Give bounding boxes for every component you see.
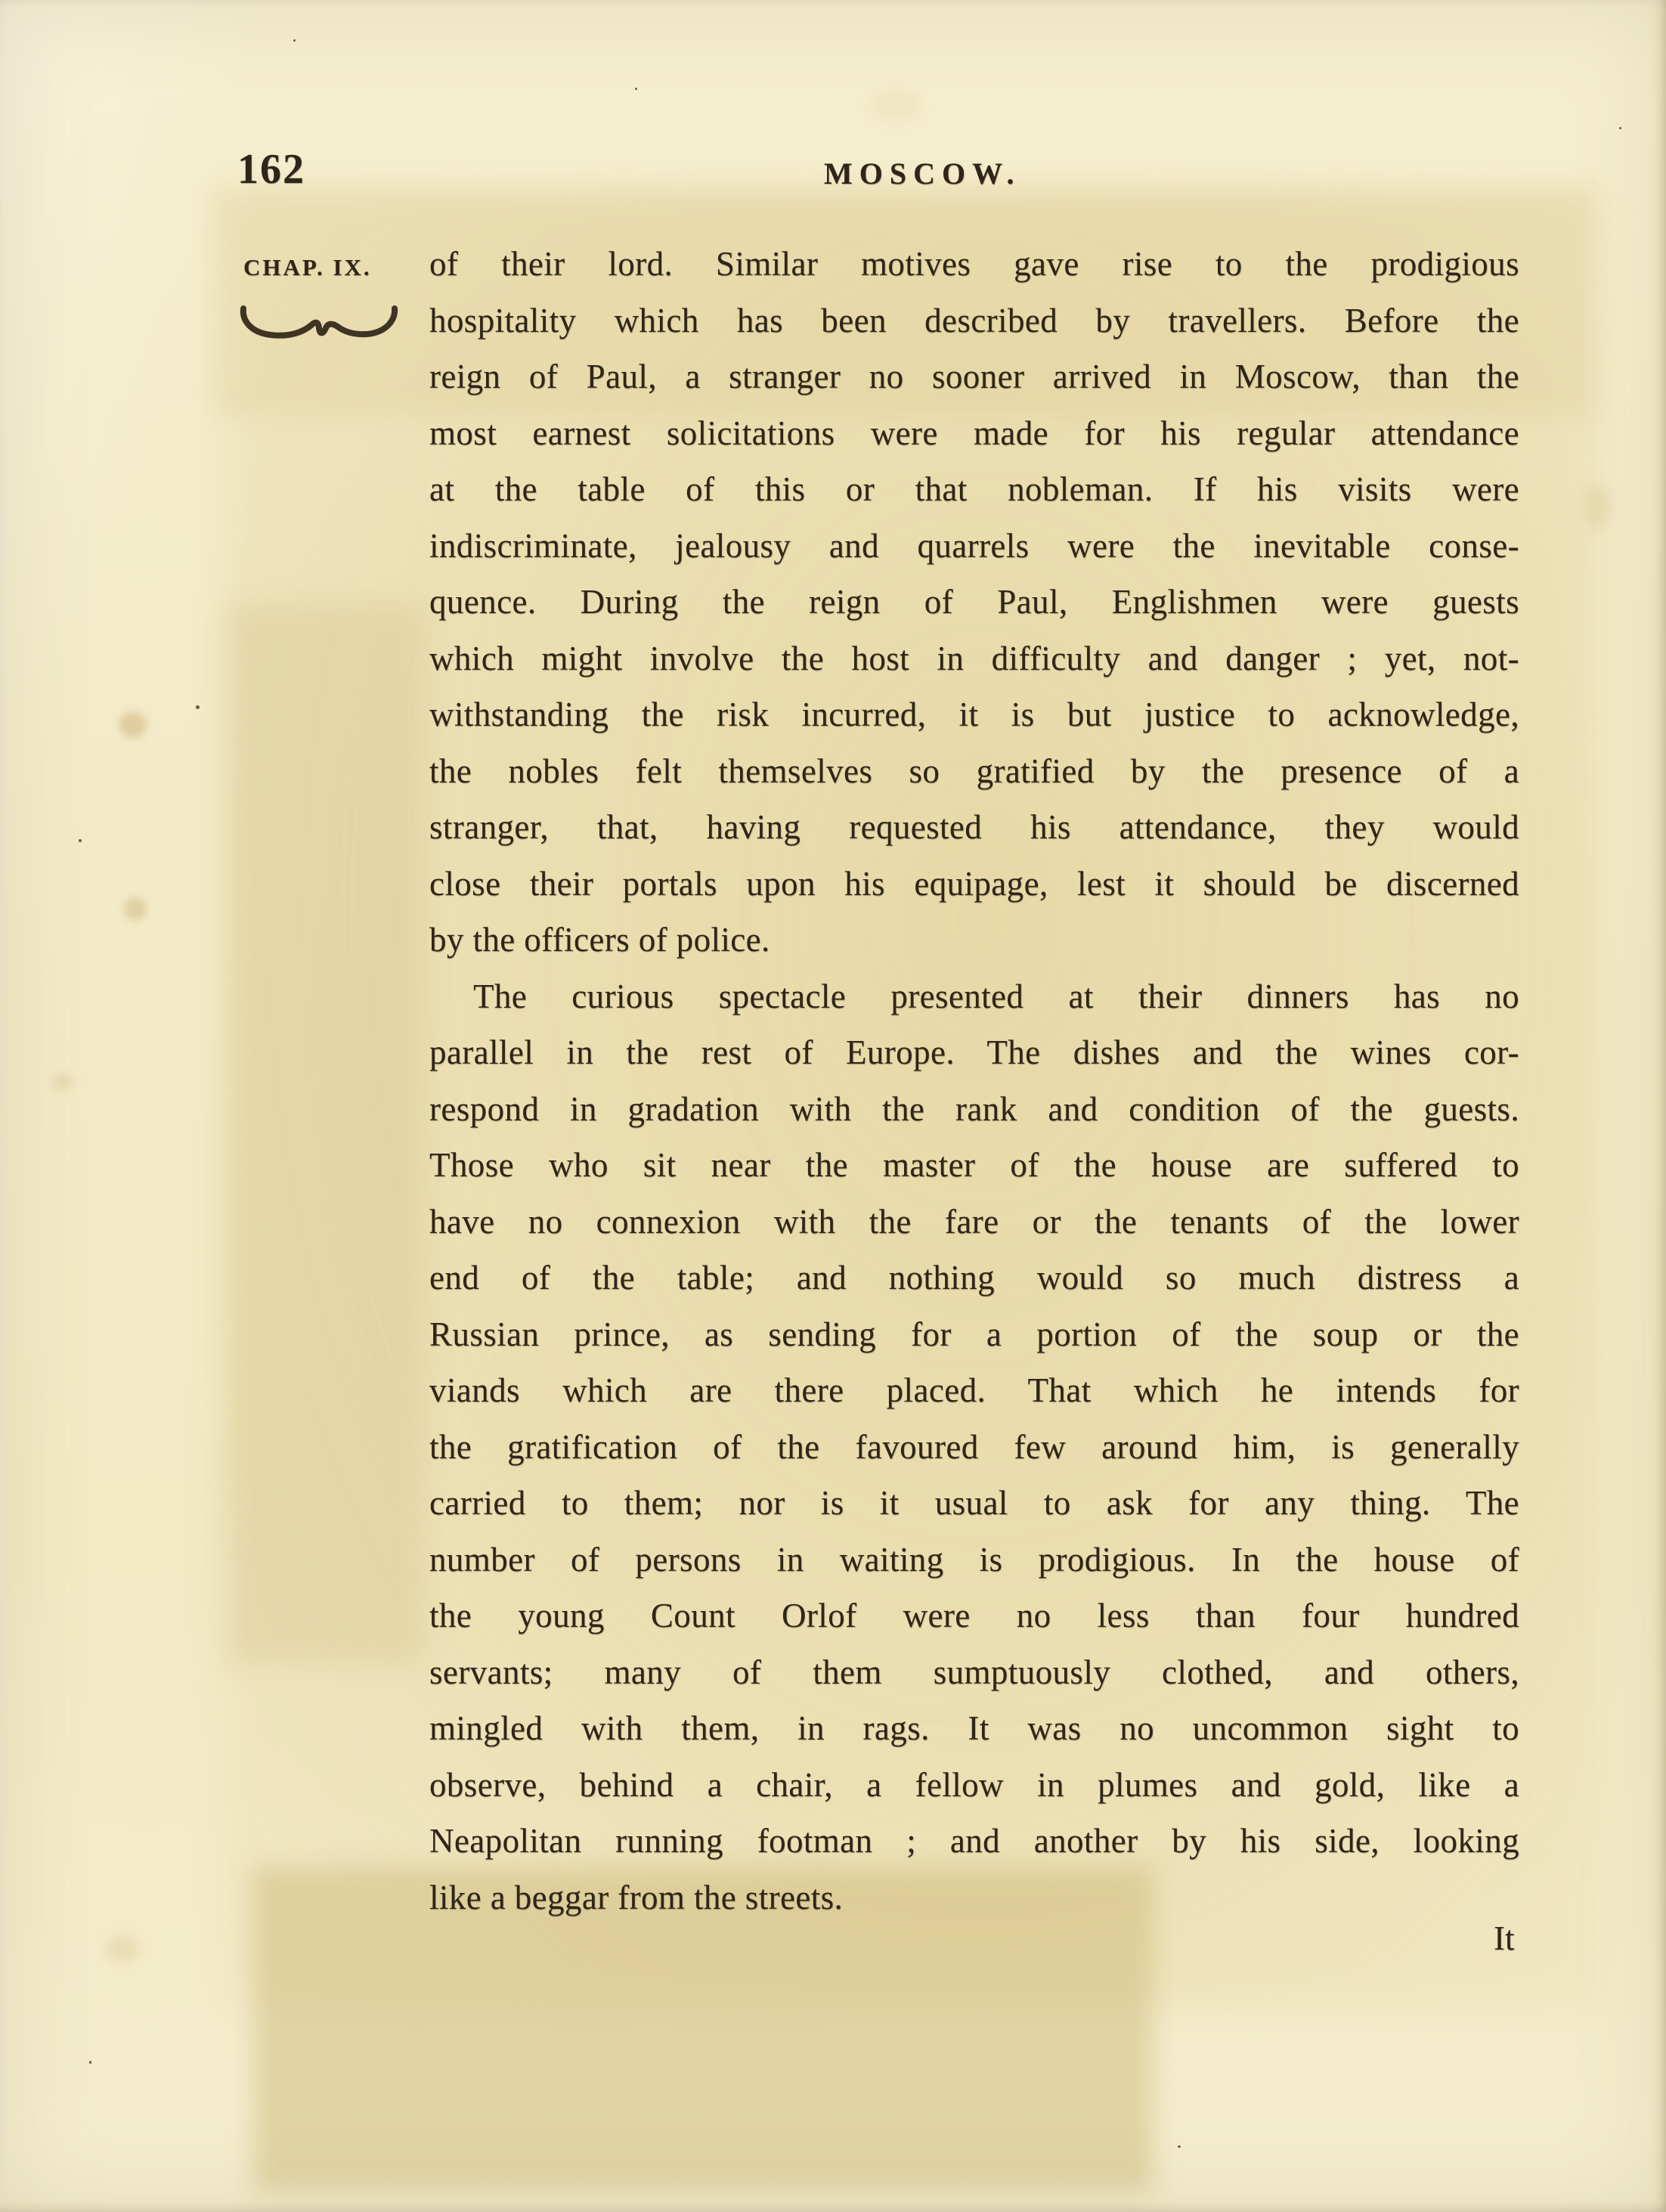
ink-speck <box>196 705 200 709</box>
text-line-paragraph-start: The curious spectacle presented at their… <box>429 968 1519 1025</box>
foxing-spot <box>53 1073 73 1090</box>
chapter-flourish-icon <box>239 301 399 348</box>
text-line: hospitality which has been described by … <box>429 293 1519 349</box>
text-line: Those who sit near the master of the hou… <box>429 1137 1519 1194</box>
ink-speck <box>1619 127 1621 129</box>
text-line: have no connexion with the fare or the t… <box>429 1194 1519 1250</box>
text-line: like a beggar from the streets. <box>429 1870 1519 1926</box>
page-number: 162 <box>237 145 305 194</box>
foxing-spot <box>869 91 922 121</box>
text-line: the gratification of the favoured few ar… <box>429 1419 1519 1476</box>
text-line: which might involve the host in difficul… <box>429 630 1519 687</box>
foxing-spot <box>124 897 147 921</box>
book-page-scan: 162 MOSCOW. CHAP. IX. of their lord. Sim… <box>0 0 1666 2212</box>
ink-speck <box>89 2061 91 2064</box>
text-line: by the officers of police. <box>429 912 1519 968</box>
text-line: observe, behind a chair, a fellow in plu… <box>429 1757 1519 1814</box>
ink-speck <box>1178 2145 1181 2148</box>
text-line: stranger, that, having requested his att… <box>429 799 1519 856</box>
text-line: end of the table; and nothing would so m… <box>429 1250 1519 1306</box>
foxing-spot <box>106 1935 139 1963</box>
foxing-spot <box>119 712 147 738</box>
running-header: MOSCOW. <box>824 156 1020 191</box>
text-line: quence. During the reign of Paul, Englis… <box>429 574 1519 630</box>
text-line: indiscriminate, jealousy and quarrels we… <box>429 518 1519 575</box>
text-line: the nobles felt themselves so gratified … <box>429 743 1519 800</box>
text-line: the young Count Orlof were no less than … <box>429 1588 1519 1644</box>
text-line: at the table of this or that nobleman. I… <box>429 461 1519 518</box>
text-line: viands which are there placed. That whic… <box>429 1362 1519 1419</box>
text-line: Neapolitan running footman ; and another… <box>429 1813 1519 1870</box>
text-line: parallel in the rest of Europe. The dish… <box>429 1024 1519 1081</box>
text-line: carried to them; nor is it usual to ask … <box>429 1475 1519 1532</box>
text-line: of their lord. Similar motives gave rise… <box>429 236 1519 293</box>
ink-speck <box>635 88 637 90</box>
text-line: reign of Paul, a stranger no sooner arri… <box>429 349 1519 405</box>
text-line: respond in gradation with the rank and c… <box>429 1081 1519 1138</box>
text-line: most earnest solicitations were made for… <box>429 405 1519 462</box>
text-line: mingled with them, in rags. It was no un… <box>429 1700 1519 1757</box>
catchword: It <box>1494 1919 1515 1958</box>
text-line: servants; many of them sumptuously cloth… <box>429 1644 1519 1701</box>
foxing-spot <box>1584 484 1610 529</box>
ink-speck <box>293 39 296 42</box>
ink-speck <box>79 839 82 842</box>
text-line: close their portals upon his equipage, l… <box>429 856 1519 912</box>
body-text: of their lord. Similar motives gave rise… <box>429 236 1519 1925</box>
chapter-marker: CHAP. IX. <box>243 254 372 281</box>
paper-stain <box>227 605 423 1663</box>
text-line: withstanding the risk incurred, it is bu… <box>429 686 1519 743</box>
text-line: number of persons in waiting is prodigio… <box>429 1532 1519 1588</box>
text-line: Russian prince, as sending for a portion… <box>429 1306 1519 1363</box>
